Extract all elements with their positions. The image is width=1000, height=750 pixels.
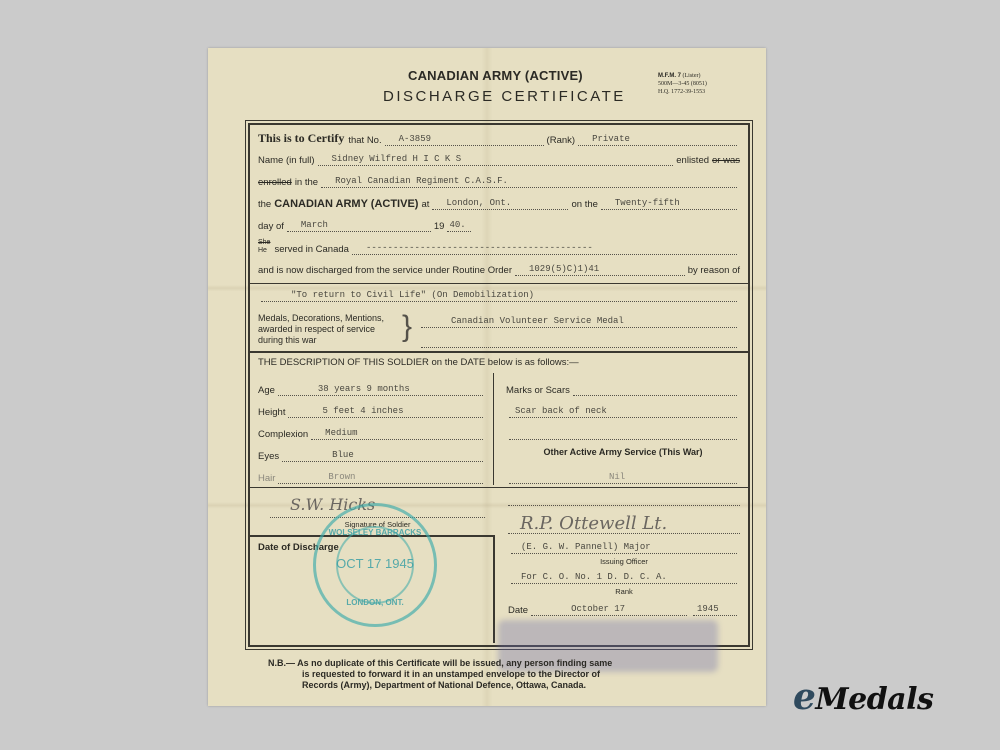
brace-icon: }	[402, 309, 412, 345]
certify-heading: This is to Certify	[258, 131, 344, 146]
rank-sub-label: Rank	[508, 587, 740, 596]
complexion-label: Complexion	[258, 429, 308, 440]
discharge-certificate: CANADIAN ARMY (ACTIVE) DISCHARGE CERTIFI…	[208, 48, 766, 706]
stamp-date: OCT 17 1945	[316, 556, 434, 571]
served-label: served in Canada	[274, 244, 348, 255]
marks-blank-row	[506, 427, 740, 440]
marks-value-row: Scar back of neck	[506, 405, 740, 418]
full-name: Sidney Wilfred H I C K S	[318, 153, 674, 166]
eyes-row: Eyes Blue	[258, 449, 486, 462]
depot-stamp: WOLSELEY BARRACKS OCT 17 1945 LONDON, ON…	[313, 503, 437, 627]
form-print-run: 500M—3-45 (8051)	[658, 81, 707, 87]
date-value: October 17	[531, 603, 687, 616]
date-label: Date	[508, 605, 528, 616]
emedals-logo: eMedals	[793, 676, 933, 718]
form-reference: M.F.M. 7 (Lister) 500M—3-45 (8051) H.Q. …	[658, 72, 707, 96]
medals-blank	[421, 335, 737, 348]
medals-row: Canadian Volunteer Service Medal	[418, 315, 740, 328]
nb-label: N.B.—	[268, 658, 295, 668]
officer-signature: R.P. Ottewell Lt.	[520, 513, 667, 534]
stamp-top-text: WOLSELEY BARRACKS	[316, 528, 434, 537]
officer-line	[508, 505, 740, 506]
day-value: Twenty-fifth	[601, 197, 737, 210]
nb-line: Records (Army), Department of National D…	[268, 680, 718, 691]
officer-line-2	[508, 533, 740, 534]
height-row: Height 5 feet 4 inches	[258, 405, 486, 418]
struck-enrolled: enrolled	[258, 177, 292, 188]
document-title: CANADIAN ARMY (ACTIVE)	[408, 68, 583, 83]
number-label: that No.	[348, 135, 381, 146]
height-value: 5 feet 4 inches	[288, 405, 483, 418]
marks-blank-2	[509, 427, 737, 440]
officer-name: (E. G. W. Pannell) Major	[511, 541, 737, 554]
at-label: at	[421, 199, 429, 210]
medals-label-line: during this war	[258, 335, 384, 346]
she-struck: She	[258, 239, 270, 246]
served-row: She He served in Canada ----------------…	[258, 239, 740, 255]
for-line: For C. O. No. 1 D. D. C. A.	[511, 571, 737, 584]
name-label: Name (in full)	[258, 155, 315, 166]
other-service-row: Nil	[506, 471, 740, 484]
rank-value: Private	[578, 133, 737, 146]
height-label: Height	[258, 407, 285, 418]
stamp-bottom-text: LONDON, ONT.	[316, 598, 434, 607]
in-the-label: in the	[295, 177, 318, 188]
issuing-officer-label: Issuing Officer	[508, 557, 740, 566]
column-divider	[493, 373, 494, 485]
medals-label-line: Medals, Decorations, Mentions,	[258, 313, 384, 324]
nb-line: As no duplicate of this Certificate will…	[297, 658, 612, 668]
age-value: 38 years 9 months	[278, 383, 483, 396]
unit-row: enrolled in the Royal Canadian Regiment …	[258, 175, 740, 188]
medals-value: Canadian Volunteer Service Medal	[421, 315, 737, 328]
marks-value: Scar back of neck	[509, 405, 737, 418]
eyes-value: Blue	[282, 449, 483, 462]
medals-row-2	[418, 335, 740, 348]
she-he: She He	[258, 239, 270, 255]
age-row: Age 38 years 9 months	[258, 383, 486, 396]
marks-label: Marks or Scars	[506, 385, 570, 396]
description-heading: THE DESCRIPTION OF THIS SOLDIER on the D…	[258, 357, 740, 368]
other-service-value: Nil	[509, 471, 737, 484]
divider	[250, 351, 748, 353]
marks-blank	[573, 383, 737, 396]
medals-label: Medals, Decorations, Mentions, awarded i…	[258, 313, 384, 346]
army-row: the CANADIAN ARMY (ACTIVE) at London, On…	[258, 197, 740, 210]
logo-text: Medals	[815, 682, 933, 717]
the-label: the	[258, 199, 271, 210]
day-of-label: day of	[258, 221, 284, 232]
form-number: M.F.M. 7	[658, 73, 681, 79]
medals-label-line: awarded in respect of service	[258, 324, 384, 335]
day-row: day of March 19 40.	[258, 219, 474, 232]
date-row: Date October 17 1945	[508, 603, 740, 616]
discharge-row: and is now discharged from the service u…	[258, 263, 740, 276]
discharged-label: and is now discharged from the service u…	[258, 265, 512, 276]
reason-value: "To return to Civil Life" (On Demobiliza…	[261, 289, 737, 302]
he-label: He	[258, 247, 267, 254]
divider	[250, 487, 748, 488]
unit-value: Royal Canadian Regiment C.A.S.F.	[321, 175, 737, 188]
complexion-row: Complexion Medium	[258, 427, 486, 440]
routine-order: 1029(5)C)1)41	[515, 263, 685, 276]
form-printer: (Lister)	[683, 73, 701, 79]
other-service-label: Other Active Army Service (This War)	[506, 447, 740, 457]
nb-note: N.B.— As no duplicate of this Certificat…	[268, 658, 718, 691]
form-hq-ref: H.Q. 1772-39-1553	[658, 89, 705, 95]
month-value: March	[287, 219, 431, 232]
age-label: Age	[258, 385, 275, 396]
for-row: For C. O. No. 1 D. D. C. A.	[508, 571, 740, 584]
served-value: ----------------------------------------…	[352, 242, 737, 255]
year-prefix: 19	[434, 221, 445, 232]
enlisted-label: enlisted	[676, 155, 709, 166]
document-subtitle: DISCHARGE CERTIFICATE	[383, 88, 626, 105]
reason-label: by reason of	[688, 265, 740, 276]
hair-value: Brown	[278, 471, 483, 484]
officer-name-row: (E. G. W. Pannell) Major	[508, 541, 740, 554]
column-divider	[493, 535, 495, 643]
complexion-value: Medium	[311, 427, 483, 440]
army-name: CANADIAN ARMY (ACTIVE)	[274, 198, 418, 210]
reason-row: "To return to Civil Life" (On Demobiliza…	[258, 289, 740, 302]
on-the-label: on the	[571, 199, 597, 210]
hair-row: Hair Brown	[258, 471, 486, 484]
divider	[250, 283, 748, 284]
name-row: Name (in full) Sidney Wilfred H I C K S …	[258, 153, 740, 166]
eyes-label: Eyes	[258, 451, 279, 462]
struck-text: or was	[712, 155, 740, 166]
date-year: 1945	[693, 603, 737, 616]
logo-e: e	[793, 676, 815, 718]
description-heading-text: THE DESCRIPTION OF THIS SOLDIER on the D…	[258, 357, 579, 368]
service-number: A-3859	[385, 133, 544, 146]
place-value: London, Ont.	[432, 197, 568, 210]
nb-line: is requested to forward it in an unstamp…	[268, 669, 718, 680]
marks-row: Marks or Scars	[506, 383, 740, 396]
certify-row: This is to Certify that No. A-3859 (Rank…	[258, 131, 740, 146]
rank-label: (Rank)	[547, 135, 576, 146]
year-value: 40.	[447, 219, 471, 232]
hair-label: Hair	[258, 473, 275, 484]
